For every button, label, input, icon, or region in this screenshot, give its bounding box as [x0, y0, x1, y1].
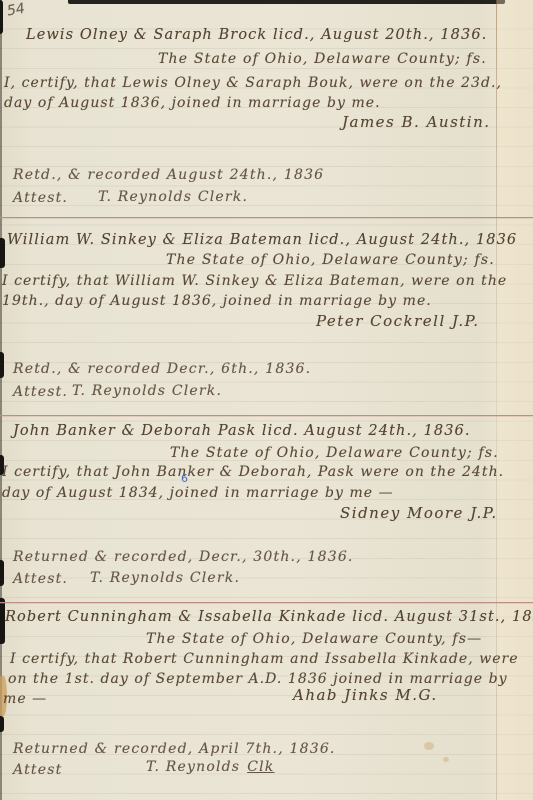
binding-mark — [0, 352, 4, 378]
certify-line-2: on the 1st. day of September A.D. 1836 j… — [8, 671, 508, 687]
certify-line-1: I, certify, that Lewis Olney & Saraph Bo… — [4, 75, 502, 91]
officiant-signature: Ahab Jinks M.G. — [293, 686, 438, 704]
entry-headline: Lewis Olney & Saraph Brock licd., August… — [26, 27, 487, 43]
attest-label: Attest. — [13, 190, 68, 206]
certify-line-2: 19th., day of August 1836, joined in mar… — [2, 293, 432, 309]
scan-top-edge — [68, 0, 505, 4]
return-recorded-line: Retd., & recorded Decr., 6th., 1836. — [13, 361, 311, 377]
attest-label: Attest. — [13, 384, 68, 400]
record-book-page: 54 Lewis Olney & Saraph Brock licd., Aug… — [0, 0, 533, 800]
return-recorded-line: Returned & recorded, Decr., 30th., 1836. — [13, 549, 354, 565]
certify-line-1: I certify, that John Banker & Deborah, P… — [2, 464, 504, 480]
state-line: The State of Ohio, Delaware County, fs— — [146, 631, 482, 647]
certify-line-3: me — — [3, 691, 47, 707]
separator-rule — [0, 415, 533, 416]
margin-annotation: 6 — [181, 472, 188, 485]
clerk-name: T. Reynolds — [146, 759, 240, 775]
return-recorded-line: Returned & recorded, April 7th., 1836. — [13, 741, 336, 757]
separator-rule — [0, 217, 533, 218]
page-number: 54 — [6, 1, 26, 20]
entry-headline: Robert Cunningham & Issabella Kinkade li… — [5, 609, 533, 625]
return-recorded-line: Retd., & recorded August 24th., 1836 — [13, 167, 324, 183]
stain — [424, 742, 434, 750]
binding-mark — [0, 0, 3, 34]
stain — [443, 757, 449, 762]
binding-mark — [0, 716, 4, 732]
clerk-signature: T. Reynolds Clerk. — [90, 570, 240, 586]
attest-label: Attest. — [13, 571, 68, 587]
separator-rule — [0, 602, 533, 603]
state-line: The State of Ohio, Delaware County; fs. — [170, 445, 499, 461]
clerk-signature: T. Reynolds Clerk. — [72, 383, 222, 399]
certify-line-2: day of August 1836, joined in marriage b… — [4, 95, 381, 111]
binding-mark — [0, 560, 4, 586]
clerk-signature: T. Reynolds Clerk. — [98, 189, 248, 205]
certify-line-1: I certify, that William W. Sinkey & Eliz… — [2, 273, 507, 289]
certify-line-1: I certify, that Robert Cunningham and Is… — [10, 651, 519, 667]
state-line: The State of Ohio, Delaware County; fs. — [166, 252, 495, 268]
certify-line-2: day of August 1834, joined in marriage b… — [2, 485, 394, 501]
officiant-signature: Peter Cockrell J.P. — [316, 312, 480, 330]
attest-label: Attest — [13, 762, 62, 778]
officiant-signature: Sidney Moore J.P. — [340, 504, 498, 522]
clerk-signature: T. ReynoldsClk — [146, 759, 274, 775]
clerk-title: Clk — [247, 759, 274, 775]
officiant-signature: James B. Austin. — [342, 113, 491, 131]
binding-mark — [0, 238, 5, 268]
entry-headline: John Banker & Deborah Pask licd. August … — [13, 423, 471, 439]
state-line: The State of Ohio, Delaware County; fs. — [158, 51, 487, 67]
entry-headline: William W. Sinkey & Eliza Bateman licd.,… — [7, 232, 517, 248]
